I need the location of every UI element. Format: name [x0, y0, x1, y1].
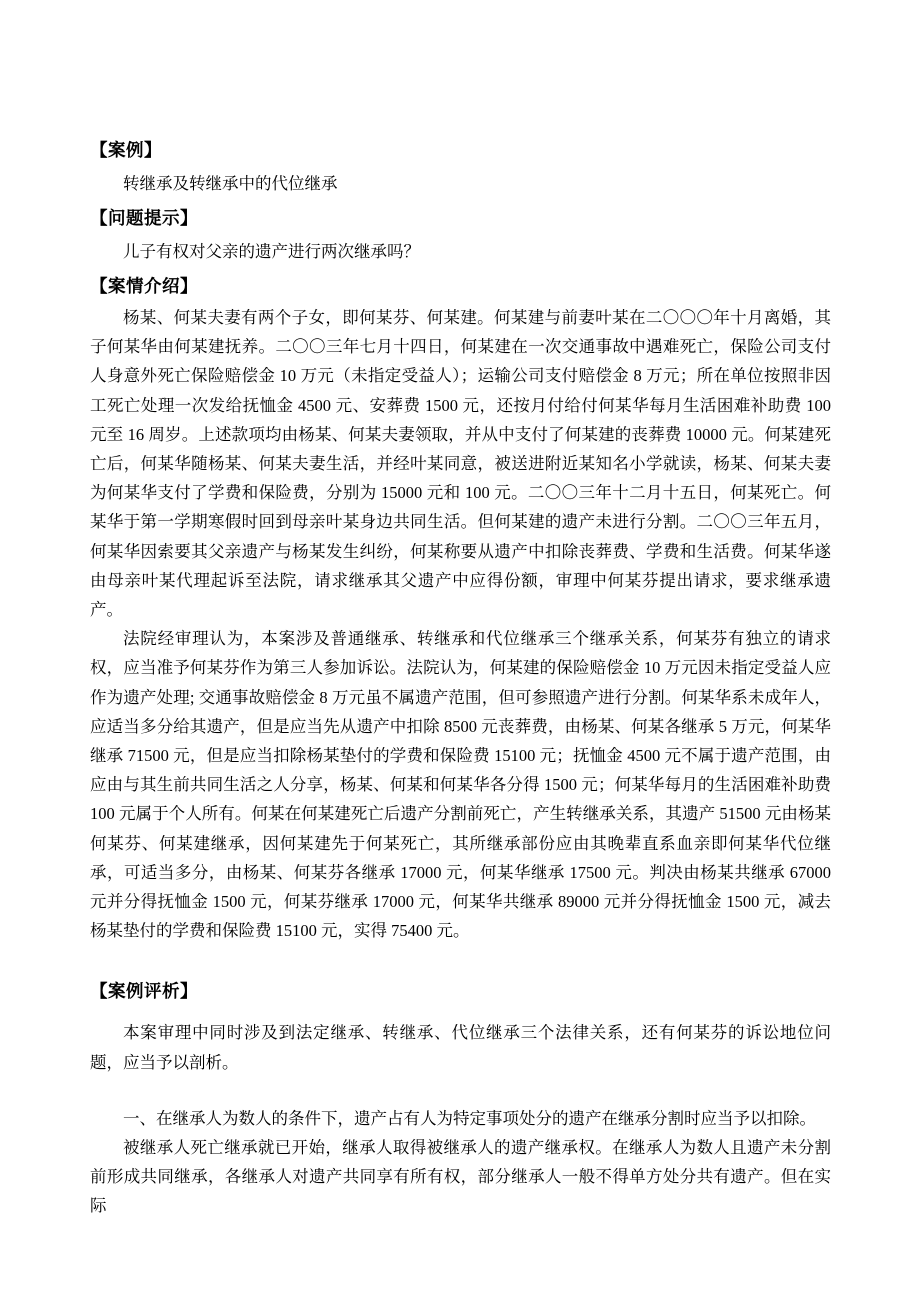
- section-heading-analysis: 【案例评析】: [90, 974, 831, 1008]
- document-content: 【案例】 转继承及转继承中的代位继承 【问题提示】 儿子有权对父亲的遗产进行两次…: [90, 133, 831, 1221]
- document-page: 【案例】 转继承及转继承中的代位继承 【问题提示】 儿子有权对父亲的遗产进行两次…: [0, 0, 920, 1302]
- analysis-intro-paragraph: 本案审理中同时涉及到法定继承、转继承、代位继承三个法律关系，还有何某芬的诉讼地位…: [90, 1018, 831, 1076]
- facts-paragraph-1: 杨某、何某夫妻有两个子女，即何某芬、何某建。何某建与前妻叶某在二〇〇〇年十月离婚…: [90, 303, 831, 624]
- section-heading-facts: 【案情介绍】: [90, 269, 831, 303]
- section-heading-case: 【案例】: [90, 133, 831, 167]
- section-heading-question: 【问题提示】: [90, 201, 831, 235]
- facts-paragraph-2: 法院经审理认为，本案涉及普通继承、转继承和代位继承三个继承关系，何某芬有独立的请…: [90, 624, 831, 945]
- case-title: 转继承及转继承中的代位继承: [90, 167, 831, 201]
- analysis-point-1-paragraph: 被继承人死亡继承就已开始，继承人取得被继承人的遗产继承权。在继承人为数人且遗产未…: [90, 1133, 831, 1221]
- question-text: 儿子有权对父亲的遗产进行两次继承吗？: [90, 235, 831, 269]
- analysis-point-1-heading: 一、在继承人为数人的条件下，遗产占有人为特定事项处分的遗产在继承分割时应当予以扣…: [90, 1104, 831, 1133]
